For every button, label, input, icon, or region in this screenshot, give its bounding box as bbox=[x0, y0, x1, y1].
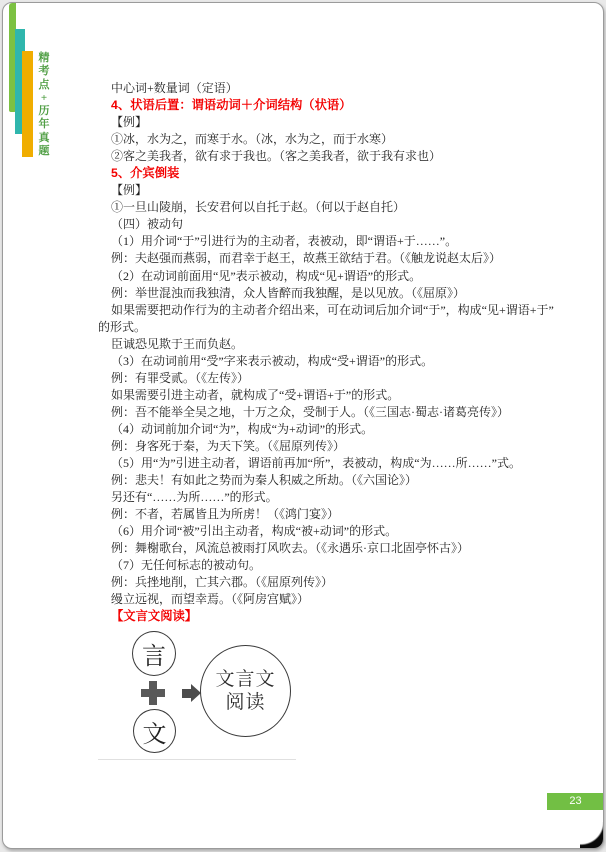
text-line: ②客之美我者，欲有求于我也。（客之美我者，欲于我有求也） bbox=[98, 148, 568, 165]
text-line: 例：身客死于秦，为天下笑。（《屈原列传》） bbox=[98, 438, 568, 455]
sidebar-label-char: 年 bbox=[36, 118, 52, 131]
text-line: 如果需要引进主动者，就构成了“受+谓语+于”的形式。 bbox=[98, 387, 568, 404]
body-text: 中心词+数量词（定语）4、状语后置：谓语动词＋介词结构（状语）【例】①冰，水为之… bbox=[98, 80, 568, 626]
text-line: （4）动词前加介词“为”，构成“为+动词”的形式。 bbox=[98, 421, 568, 438]
text-line: ①冰，水为之，而寒于水。（冰，水为之，而于水寒） bbox=[98, 131, 568, 148]
text-line: （1）用介词“于”引进行为的主动者，表被动，即“谓语+于……”。 bbox=[98, 233, 568, 250]
text-line: 5、介宾倒装 bbox=[98, 165, 568, 182]
sidebar-label-char: 考 bbox=[36, 65, 52, 78]
text-line: ①一旦山陵崩，长安君何以自托于赵。（何以于赵自托） bbox=[98, 199, 568, 216]
text-line: 【例】 bbox=[98, 182, 568, 199]
text-line: 例：兵挫地削，亡其六郡。（《屈原列传》） bbox=[98, 574, 568, 591]
text-line: 缦立远视，而望幸焉。（《阿房宫赋》） bbox=[98, 591, 568, 608]
circle-yan: 言 bbox=[132, 631, 176, 676]
text-line: （7）无任何标志的被动句。 bbox=[98, 557, 568, 574]
text-line: 例：吾不能举全吴之地，十万之众，受制于人。（《三国志·蜀志·诸葛亮传》） bbox=[98, 404, 568, 421]
circle-result: 文言文 阅读 bbox=[200, 645, 291, 737]
sidebar-vertical-label: 精考点+历年真题 bbox=[36, 52, 52, 158]
page-number-badge: 23 bbox=[547, 793, 604, 810]
sidebar-label-char: 题 bbox=[36, 145, 52, 158]
sidebar-label-char: 精 bbox=[36, 52, 52, 65]
text-line: （3）在动词前用“受”字来表示被动，构成“受+谓语”的形式。 bbox=[98, 353, 568, 370]
circle-result-label: 文言文 阅读 bbox=[215, 668, 275, 714]
text-line: 的形式。 bbox=[98, 319, 568, 336]
text-line: 例：有罪受贰。（《左传》） bbox=[98, 370, 568, 387]
text-line: （6）用介词“被”引出主动者，构成“被+动词”的形式。 bbox=[98, 523, 568, 540]
text-line: 例：悲夫！有如此之势而为秦人积威之所劫。（《六国论》） bbox=[98, 472, 568, 489]
text-line: 臣诚恐见欺于王而负赵。 bbox=[98, 336, 568, 353]
result-line1: 文言文 bbox=[215, 668, 275, 691]
page-curl-corner bbox=[580, 822, 604, 849]
wenyanwen-diagram: 言 文 文言文 阅读 bbox=[98, 625, 296, 760]
plus-icon bbox=[149, 681, 157, 705]
sidebar-label-char: + bbox=[36, 92, 52, 105]
text-line: 如果需要把动作行为的主动者介绍出来，可在动词后加介词“于”，构成“见+谓语+于” bbox=[98, 302, 568, 319]
text-line: 例：舞榭歌台，风流总被雨打风吹去。（《永遇乐·京口北固亭怀古》） bbox=[98, 540, 568, 557]
circle-yan-label: 言 bbox=[142, 636, 166, 671]
arrow-right-icon bbox=[182, 689, 191, 698]
decor-bar-yellow bbox=[22, 51, 33, 157]
text-line: （5）用“为”引进主动者，谓语前再加“所”，表被动，构成“为……所……”式。 bbox=[98, 455, 568, 472]
text-line: 例：夫赵强而燕弱，而君幸于赵王，故燕王欲结于君。（《触龙说赵太后》） bbox=[98, 250, 568, 267]
sidebar-label-char: 点 bbox=[36, 79, 52, 92]
text-line: （2）在动词前面用“见”表示被动，构成“见+谓语”的形式。 bbox=[98, 268, 568, 285]
circle-wen-label: 文 bbox=[143, 714, 167, 749]
text-line: 另还有“……为所……”的形式。 bbox=[98, 489, 568, 506]
text-line: 中心词+数量词（定语） bbox=[98, 80, 568, 97]
sidebar-label-char: 历 bbox=[36, 105, 52, 118]
text-line: （四）被动句 bbox=[98, 216, 568, 233]
text-line: 【文言文阅读】 bbox=[98, 608, 568, 625]
document-page: 精考点+历年真题 中心词+数量词（定语）4、状语后置：谓语动词＋介词结构（状语）… bbox=[2, 2, 604, 849]
sidebar-label-char: 真 bbox=[36, 132, 52, 145]
text-line: 例：不者，若属皆且为所虏！（《鸿门宴》） bbox=[98, 506, 568, 523]
result-line2: 阅读 bbox=[215, 691, 275, 714]
circle-wen: 文 bbox=[133, 709, 176, 753]
text-line: 【例】 bbox=[98, 114, 568, 131]
text-line: 4、状语后置：谓语动词＋介词结构（状语） bbox=[98, 97, 568, 114]
text-line: 例：举世混浊而我独清，众人皆醉而我独醒，是以见放。（《屈原》） bbox=[98, 285, 568, 302]
